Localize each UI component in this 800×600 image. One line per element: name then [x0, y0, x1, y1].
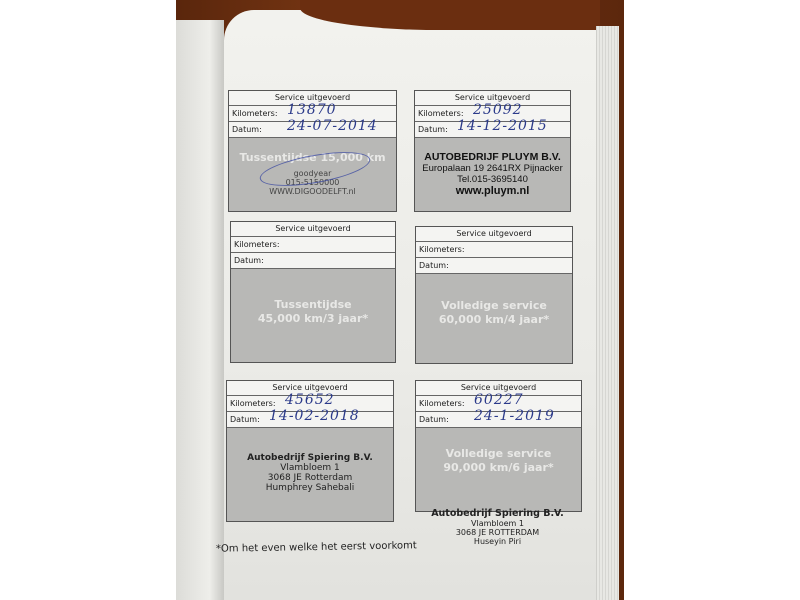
card-body: Tussentijdse 15,000 km goodyear 015-5150…: [229, 137, 396, 211]
service-card-4: Service uitgevoerd Kilometers: Datum: Vo…: [415, 226, 573, 364]
datum-label: Datum:: [234, 256, 264, 265]
kilometers-value: 60227: [474, 393, 524, 408]
datum-row: Datum: 14-02-2018: [227, 412, 393, 428]
service-card-5: Service uitgevoerd Kilometers: 45652 Dat…: [226, 380, 394, 522]
service-card-2: Service uitgevoerd Kilometers: 25092 Dat…: [414, 90, 571, 212]
card-header: Service uitgevoerd: [231, 222, 395, 237]
card-body: Volledige service 90,000 km/6 jaar*: [416, 427, 581, 511]
datum-value: 14-12-2015: [457, 119, 548, 134]
service-card-3: Service uitgevoerd Kilometers: Datum: Tu…: [230, 221, 396, 363]
datum-row: Datum: 24-07-2014: [229, 122, 396, 138]
service-card-6: Service uitgevoerd Kilometers: 60227 Dat…: [415, 380, 582, 512]
datum-row: Datum:: [231, 253, 395, 269]
datum-value: 14-02-2018: [269, 409, 360, 424]
card-header: Service uitgevoerd: [416, 227, 572, 242]
datum-label: Datum:: [419, 261, 449, 270]
kilometers-label: Kilometers:: [419, 245, 465, 254]
dealer-stamp: AUTOBEDRIJF PLUYM B.V. Europalaan 19 264…: [415, 137, 570, 211]
printed-interval: Tussentijdse 45,000 km/3 jaar*: [231, 298, 395, 326]
dealer-stamp: Autobedrijf Spiering B.V. Vlambloem 1 30…: [415, 508, 580, 546]
printed-interval: Volledige service 90,000 km/6 jaar*: [416, 447, 581, 475]
datum-label: Datum:: [418, 125, 448, 134]
datum-row: Datum:: [416, 258, 572, 274]
kilometers-value: 45652: [285, 393, 335, 408]
kilometers-label: Kilometers:: [230, 399, 276, 408]
dealer-stamp: Autobedrijf Spiering B.V. Vlambloem 1 30…: [227, 427, 393, 521]
kilometers-value: 13870: [287, 103, 337, 118]
kilometers-row: Kilometers:: [416, 242, 572, 258]
datum-row: Datum: 14-12-2015: [415, 122, 570, 138]
datum-label: Datum:: [419, 415, 449, 424]
kilometers-label: Kilometers:: [418, 109, 464, 118]
printed-interval: Volledige service 60,000 km/4 jaar*: [416, 299, 572, 327]
datum-row: Datum: 24-1-2019: [416, 412, 581, 428]
card-body: Volledige service 60,000 km/4 jaar*: [416, 273, 572, 363]
datum-label: Datum:: [232, 125, 262, 134]
kilometers-row: Kilometers:: [231, 237, 395, 253]
left-page: [176, 20, 224, 600]
card-body: Tussentijdse 45,000 km/3 jaar*: [231, 268, 395, 362]
kilometers-label: Kilometers:: [419, 399, 465, 408]
page-stack-edge: [596, 26, 619, 600]
service-card-1: Service uitgevoerd Kilometers: 13870 Dat…: [228, 90, 397, 212]
kilometers-label: Kilometers:: [232, 109, 278, 118]
datum-label: Datum:: [230, 415, 260, 424]
datum-value: 24-07-2014: [287, 119, 378, 134]
kilometers-value: 25092: [473, 103, 523, 118]
datum-value: 24-1-2019: [474, 409, 555, 424]
kilometers-label: Kilometers:: [234, 240, 280, 249]
